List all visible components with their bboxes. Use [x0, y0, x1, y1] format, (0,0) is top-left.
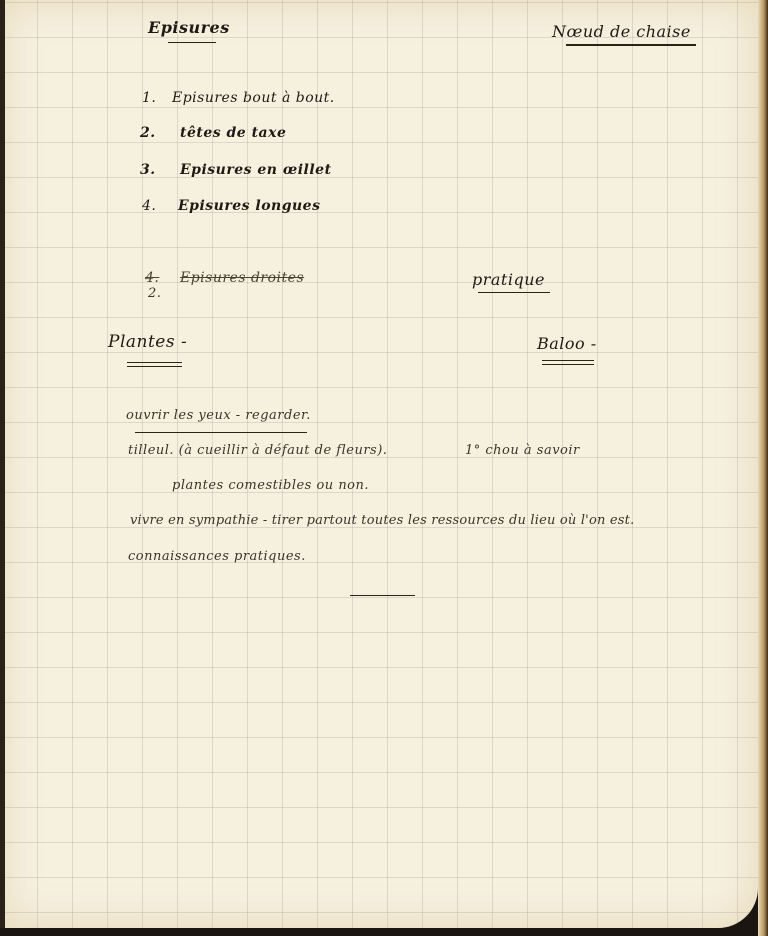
list-item-number: 3. [140, 162, 156, 178]
pratique-underline [478, 292, 550, 293]
note-line: plantes comestibles ou non. [172, 478, 369, 493]
list-item-text: Episures bout à bout. [172, 90, 335, 106]
pratique-label: pratique [472, 270, 545, 289]
note-line: connaissances pratiques. [128, 549, 306, 564]
list-item-text: Episures en œillet [180, 162, 332, 178]
crossed-item-alt-number: 2. [148, 286, 161, 301]
list-item-number: 1. [142, 90, 156, 106]
heading-underline [542, 360, 594, 365]
note-line: 1° chou à savoir [465, 443, 580, 458]
list-item-number: 4. [142, 198, 156, 214]
note-underline [135, 432, 307, 433]
heading-noeud-de-chaise: Nœud de chaise [552, 22, 691, 41]
note-line: vivre en sympathie - tirer partout toute… [130, 513, 634, 528]
notebook-page: Episures Nœud de chaise 1. Episures bout… [0, 0, 758, 928]
notebook-spine [0, 0, 5, 928]
section-end-rule [350, 595, 415, 596]
page-edge [758, 0, 768, 936]
heading-baloo: Baloo - [537, 334, 597, 353]
heading-underline [566, 44, 696, 46]
heading-episures: Episures [148, 18, 230, 37]
heading-underline [127, 362, 182, 367]
heading-underline [168, 42, 216, 43]
list-item-text: Episures longues [178, 198, 320, 214]
list-item-number: 2. [140, 125, 156, 141]
note-line: tilleul. (à cueillir à défaut de fleurs)… [128, 443, 387, 458]
note-line: ouvrir les yeux - regarder. [126, 408, 311, 423]
list-item-text: têtes de taxe [180, 125, 286, 141]
heading-plantes: Plantes - [108, 332, 187, 352]
crossed-item-text: Episures droites [180, 270, 304, 286]
crossed-item-number: 4. [145, 270, 159, 286]
